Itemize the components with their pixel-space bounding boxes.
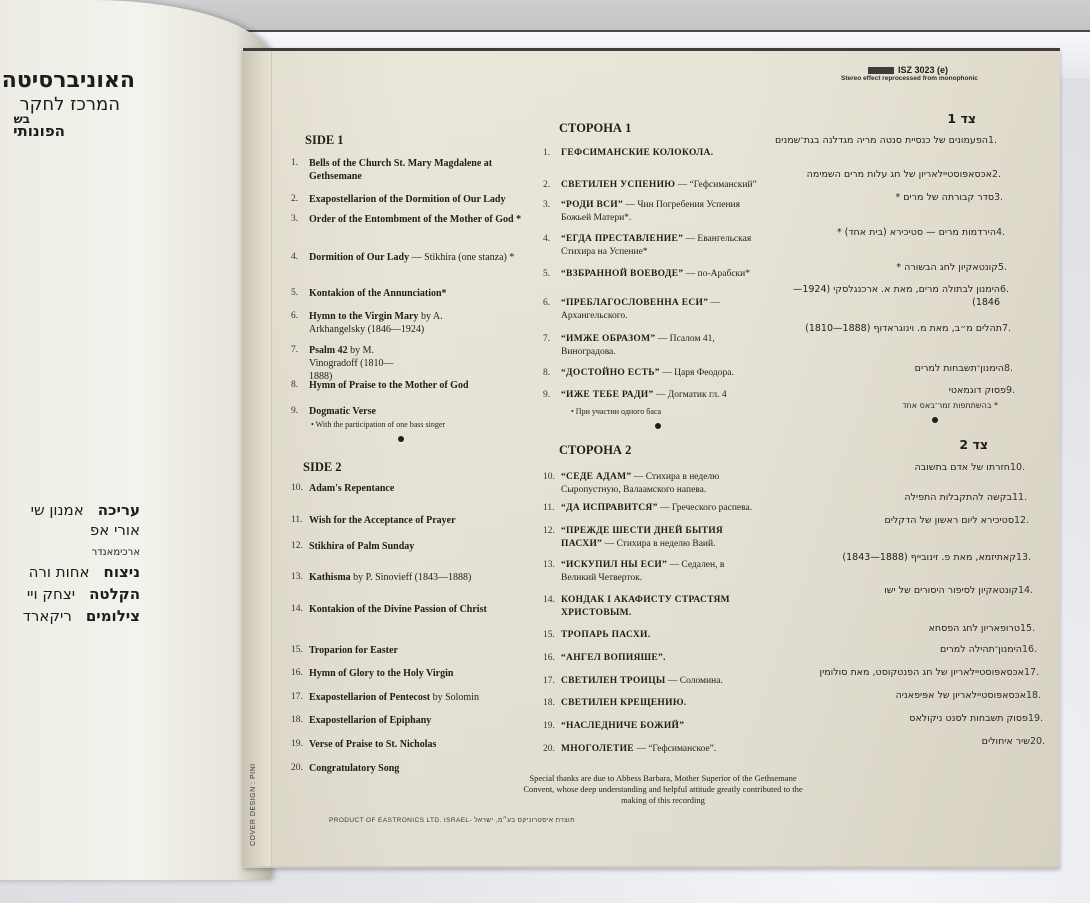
credit-name: ריקארד — [23, 607, 72, 625]
track-row: 13.“ИСКУПИЛ НЫ ЕСИ” — Седален, в Великий… — [543, 559, 761, 585]
track-number: 1. — [543, 147, 561, 160]
track-number: .7 — [1002, 322, 1024, 335]
track-row: 1.ГЕФСИМАНСКИЕ КОЛОКОЛА. — [543, 147, 773, 160]
track-subtitle: — Царя Феодора. — [660, 368, 734, 378]
track-number: 9. — [543, 389, 561, 402]
track-row: .19פסוק תשבחות לסנט ניקולאס — [810, 712, 1050, 725]
track-title: МНОГОЛЕТИЕ — [561, 744, 634, 754]
track-title: Order of the Entombment of the Mother of… — [309, 214, 521, 225]
track-row: 11.“ДА ИСПРАВИТСЯ” — Греческого распева. — [543, 502, 778, 515]
track-title: Stikhira of Palm Sunday — [309, 541, 414, 552]
track-number: 9. — [291, 405, 309, 418]
track-row: .11בקשה להתקבלות התפילה — [814, 491, 1034, 504]
track-title: “АНГЕЛ ВОПИЯШЕ”. — [561, 653, 666, 663]
track-title: “ЕГДА ПРЕСТАВЛЕНИЕ” — [561, 234, 683, 244]
catalog-number: ISZ 3023 (e) — [868, 65, 948, 75]
label-block — [868, 67, 894, 74]
track-row: 7.“ИМЖЕ ОБРАЗОМ” — Псалом 41, Виноградов… — [543, 333, 758, 359]
catalog-number-text: ISZ 3023 (e) — [898, 65, 948, 75]
credit-name: ארכימאנדר — [92, 547, 140, 558]
credit-row: ארכימאנדר — [92, 540, 140, 559]
track-row: 1.Bells of the Church St. Mary Magdalene… — [291, 157, 501, 183]
track-title: אכּסאפּוסטיילאריון של אפּיפאניה — [808, 689, 1026, 702]
track-number: 19. — [543, 720, 561, 733]
track-number: .19 — [1028, 712, 1050, 725]
track-number: 18. — [291, 714, 309, 727]
track-number: 2. — [543, 179, 561, 192]
track-title: “ДА ИСПРАВИТСЯ” — [561, 503, 658, 513]
track-row: .17אכּסאפּוסטיילאריון של חג הפנטקוסט, מא… — [756, 666, 1046, 679]
album-back-cover: COVER DESIGN : PINI ISZ 3023 (e) Stereo … — [243, 48, 1060, 868]
track-number: .8 — [1004, 362, 1026, 375]
track-number: .13 — [1016, 551, 1038, 564]
track-title: בקשה להתקבלות התפילה — [814, 491, 1012, 504]
track-row: .18אכּסאפּוסטיילאריון של אפּיפאניה — [808, 689, 1048, 702]
track-number: .14 — [1018, 584, 1040, 597]
track-title: “ДОСТОЙНО ЕСТЬ” — [561, 368, 660, 378]
track-number: 7. — [543, 333, 561, 359]
left-page-title-line-2: המרכז לחקר — [19, 94, 120, 115]
track-title: Dormition of Our Lady — [309, 252, 409, 263]
track-title: הירדמות מרים — סטיכירא (בית אחד) * — [798, 226, 996, 239]
track-title: אכּסאפּוסטיילאריון של חג עלות מרים השמימ… — [744, 168, 992, 181]
track-row: .6הימנון לבתולה מרים, מאת א. ארכנגלסקי (… — [772, 283, 1022, 309]
track-title: אכּסאפּוסטיילאריון של חג הפנטקוסט, מאת ס… — [756, 666, 1024, 679]
track-title: קאתיזמא, מאת פ. זינובייף (1888—1843) — [788, 551, 1016, 564]
russian-side-1-heading: СТОРОНА 1 — [559, 121, 631, 136]
track-row: 8.Hymn of Praise to the Mother of God — [291, 379, 531, 392]
credit-role: ניצוח — [104, 563, 140, 581]
track-row: 15.Troparion for Easter — [291, 644, 521, 657]
track-title: КОНДАК I АКАФИСТУ СТРАСТЯМ ХРИСТОВЫМ. — [561, 595, 730, 618]
track-number: 10. — [543, 471, 561, 497]
track-number: 12. — [543, 525, 561, 551]
track-title: “ВЗБРАННОЙ ВОЕВОДЕ” — [561, 269, 683, 279]
track-title: СВЕТИЛЕН ТРОИЦЫ — [561, 676, 666, 686]
track-row: .2אכּסאפּוסטיילאריון של חג עלות מרים השמ… — [744, 168, 1014, 181]
track-row: .8הימנון־תשבחות למרים — [806, 362, 1026, 375]
track-number: 8. — [291, 379, 309, 392]
track-number: 10. — [291, 482, 309, 495]
track-number: .3 — [994, 191, 1016, 204]
track-row: 3.Order of the Entombment of the Mother … — [291, 213, 531, 226]
track-row: 16.“АНГЕЛ ВОПИЯШЕ”. — [543, 652, 778, 665]
track-number: 5. — [543, 268, 561, 281]
track-number: .4 — [996, 226, 1018, 239]
left-page-title-line-1: האוניברסיטה — [2, 68, 135, 93]
track-title: Bells of the Church St. Mary Magdalene a… — [309, 158, 492, 182]
track-title: ТРОПАРЬ ПАСХИ. — [561, 630, 650, 640]
track-title: הפעמונים של כנסיית סנטה מריה מגדלנה בגת־… — [760, 134, 988, 147]
track-number: .18 — [1026, 689, 1048, 702]
track-number: .20 — [1030, 735, 1052, 748]
credit-row: אורי אפ — [90, 520, 140, 539]
credit-role: הקלטה — [89, 585, 140, 603]
credit-row: עריכהאמנון שי — [31, 500, 140, 519]
credit-row: הקלטהיצחק ויי — [27, 584, 140, 603]
track-title: תהלים מ״ב, מאת מ. וינוגראדוף (1888—1810) — [734, 322, 1002, 335]
track-row: 4.Dormition of Our Lady — Stikhira (one … — [291, 251, 541, 264]
track-title: Verse of Praise to St. Nicholas — [309, 739, 436, 750]
track-row: .14קונטאקיון לסיפור היסורים של ישו — [790, 584, 1040, 597]
track-row: 20.МНОГОЛЕТИЕ — “Гефсиманское”. — [543, 743, 783, 756]
track-subtitle: — Стихира в неделю Ваий. — [602, 539, 715, 549]
track-row: 5.“ВЗБРАННОЙ ВОЕВОДЕ” — по-Арабски* — [543, 268, 778, 281]
track-title: הימנון לבתולה מרים, מאת א. ארכנגלסקי (19… — [772, 283, 1000, 309]
track-title: Exapostellarion of the Dormition of Our … — [309, 194, 505, 205]
track-row: 14.КОНДАК I АКАФИСТУ СТРАСТЯМ ХРИСТОВЫМ. — [543, 594, 753, 620]
track-title: Exapostellarion of Epiphany — [309, 715, 431, 726]
track-row: 20.Congratulatory Song — [291, 762, 521, 775]
track-row: .7תהלים מ״ב, מאת מ. וינוגראדוף (1888—181… — [734, 322, 1024, 335]
track-title: Hymn to the Virgin Mary — [309, 311, 418, 322]
track-title: “РОДИ ВСИ” — [561, 200, 623, 210]
track-title: Kontakion of the Divine Passion of Chris… — [309, 604, 487, 615]
track-title: ГЕФСИМАНСКИЕ КОЛОКОЛА. — [561, 148, 713, 158]
spine-text: COVER DESIGN : PINI — [250, 763, 257, 846]
credit-row: צילומיםריקארד — [23, 606, 140, 625]
track-title: СВЕТИЛЕН УСПЕНИЮ — [561, 180, 675, 190]
track-title: הימנון־תהילה למרים — [824, 643, 1022, 656]
track-title: “ИСКУПИЛ НЫ ЕСИ” — [561, 560, 667, 570]
track-row: .3סדר קבורתה של מרים * — [816, 191, 1016, 204]
track-number: 6. — [291, 310, 309, 336]
track-title: Kathisma — [309, 572, 351, 583]
track-row: 13.Kathisma by P. Sinovieff (1843—1888) — [291, 571, 531, 584]
special-thanks: Special thanks are due to Abbess Barbara… — [513, 773, 813, 806]
track-number: 6. — [543, 297, 561, 323]
track-number: .17 — [1024, 666, 1046, 679]
track-subtitle: — по-Арабски* — [683, 269, 750, 279]
footnote: • With the participation of one bass sin… — [311, 420, 445, 429]
track-number: .11 — [1012, 491, 1034, 504]
track-row: 9.Dogmatic Verse — [291, 405, 491, 418]
track-row: 5.Kontakion of the Annunciation* — [291, 287, 521, 300]
track-row: .20שיר איחולים — [832, 735, 1052, 748]
track-number: 20. — [291, 762, 309, 775]
bullet-dot — [398, 436, 404, 442]
track-row: 17.СВЕТИЛЕН ТРОИЦЫ — Соломина. — [543, 675, 778, 688]
track-title: “ПРЕБЛАГОСЛОВЕННА ЕСИ” — [561, 298, 708, 308]
track-title: “ИЖЕ ТЕБЕ РАДИ” — [561, 390, 654, 400]
track-number: 3. — [291, 213, 309, 226]
track-number: 5. — [291, 287, 309, 300]
credit-role: צילומים — [86, 607, 140, 625]
track-subtitle: — “Гефсиманское”. — [634, 744, 716, 754]
hebrew-side-2-heading: צד 2 — [959, 437, 988, 452]
track-row: 6.“ПРЕБЛАГОСЛОВЕННА ЕСИ” — Архангельског… — [543, 297, 758, 323]
track-number: 16. — [291, 667, 309, 680]
hebrew-side-1-heading: צד 1 — [947, 111, 976, 126]
credit-name: אחות ורה — [29, 563, 90, 581]
track-number: 3. — [543, 199, 561, 225]
track-row: 12.“ПРЕЖДЕ ШЕСТИ ДНЕЙ БЫТИЯ ПАСХИ” — Сти… — [543, 525, 761, 551]
track-row: 9.“ИЖЕ ТЕБЕ РАДИ” — Догматик гл. 4 — [543, 389, 778, 402]
track-number: 11. — [291, 514, 309, 527]
bullet-dot — [655, 423, 661, 429]
track-row: 12.Stikhira of Palm Sunday — [291, 540, 521, 553]
track-number: 4. — [543, 233, 561, 259]
track-number: 11. — [543, 502, 561, 515]
track-title: Troparion for Easter — [309, 645, 398, 656]
track-title: קונטאקיון לסיפור היסורים של ישו — [790, 584, 1018, 597]
track-subtitle: — “Гефсиманский” — [675, 180, 757, 190]
track-row: 7.Psalm 42 by M. Vinogradoff (1810—1888) — [291, 344, 411, 383]
track-subtitle: — Греческого распева. — [658, 503, 752, 513]
footnote: • При участии одного баса — [571, 407, 661, 416]
track-number: 13. — [543, 559, 561, 585]
cover-spine: COVER DESIGN : PINI — [243, 51, 272, 866]
track-row: 4.“ЕГДА ПРЕСТАВЛЕНИЕ” — Евангельская Сти… — [543, 233, 758, 259]
track-title: קונטאקיון לחג הבשורה * — [800, 261, 998, 274]
track-number: .6 — [1000, 283, 1022, 309]
track-title: Congratulatory Song — [309, 763, 399, 774]
track-row: .10חזרתו של אדם בתשובה — [812, 461, 1032, 474]
track-title: Hymn of Glory to the Holy Virgin — [309, 668, 453, 679]
track-row: 6.Hymn to the Virgin Mary by A. Arkhange… — [291, 310, 466, 336]
track-row: 8.“ДОСТОЙНО ЕСТЬ” — Царя Феодора. — [543, 367, 778, 380]
track-row: 3.“РОДИ ВСИ” — Чин Погребения Успения Бо… — [543, 199, 758, 225]
left-page-title-line-4: הפונותי — [13, 122, 65, 140]
track-title: СВЕТИЛЕН КРЕЩЕНИЮ. — [561, 698, 687, 708]
track-row: 18.СВЕТИЛЕН КРЕЩЕНИЮ. — [543, 697, 778, 710]
track-row: .13קאתיזמא, מאת פ. זינובייף (1888—1843) — [788, 551, 1038, 564]
track-title: “СЕДЕ АДАМ” — [561, 472, 631, 482]
track-number: .12 — [1014, 514, 1036, 527]
credit-name: יצחק ויי — [27, 585, 75, 603]
track-number: .5 — [998, 261, 1020, 274]
track-number: 14. — [543, 594, 561, 620]
track-title: Adam's Repentance — [309, 483, 394, 494]
track-number: 19. — [291, 738, 309, 751]
track-subtitle: by P. Sinovieff (1843—1888) — [351, 572, 472, 583]
track-row: .5קונטאקיון לחג הבשורה * — [800, 261, 1020, 274]
track-title: Dogmatic Verse — [309, 406, 376, 417]
credit-row: ניצוחאחות ורה — [29, 562, 140, 581]
track-title: טרופאריון לחג הפסחא — [822, 622, 1020, 635]
track-number: 1. — [291, 157, 309, 183]
side-2-heading: SIDE 2 — [303, 460, 342, 475]
track-title: חזרתו של אדם בתשובה — [812, 461, 1010, 474]
track-number: 4. — [291, 251, 309, 264]
track-number: 14. — [291, 603, 309, 616]
track-subtitle: — Догматик гл. 4 — [654, 390, 727, 400]
track-row: 10.“СЕДЕ АДАМ” — Стихира в неделю Сыропу… — [543, 471, 761, 497]
track-number: 7. — [291, 344, 309, 383]
track-number: 13. — [291, 571, 309, 584]
track-row: .1הפעמונים של כנסיית סנטה מריה מגדלנה בג… — [760, 134, 1010, 147]
track-number: 8. — [543, 367, 561, 380]
track-title: “ИМЖЕ ОБРАЗОМ” — [561, 334, 655, 344]
credit-name: אורי אפ — [90, 521, 140, 539]
track-row: 15.ТРОПАРЬ ПАСХИ. — [543, 629, 778, 642]
track-number: 18. — [543, 697, 561, 710]
track-row: 17.Exapostellarion of Pentecost by Solom… — [291, 691, 531, 704]
track-number: .15 — [1020, 622, 1042, 635]
track-row: 2.СВЕТИЛЕН УСПЕНИЮ — “Гефсиманский” — [543, 179, 778, 192]
side-1-heading: SIDE 1 — [305, 133, 344, 148]
track-title: Wish for the Acceptance of Prayer — [309, 515, 456, 526]
gatefold-left-page: האוניברסיטה המרכז לחקר בש הפונותי עריכהא… — [0, 0, 270, 880]
track-title: שיר איחולים — [832, 735, 1030, 748]
track-title: סדר קבורתה של מרים * — [816, 191, 994, 204]
track-subtitle: by Solomin — [430, 692, 479, 703]
track-row: 10.Adam's Repentance — [291, 482, 521, 495]
track-number: 16. — [543, 652, 561, 665]
credit-name: אמנון שי — [31, 501, 84, 519]
track-row: .9פסוק דוגמאטי — [808, 384, 1028, 397]
track-row: 16.Hymn of Glory to the Holy Virgin — [291, 667, 521, 680]
track-title: פסוק תשבחות לסנט ניקולאס — [810, 712, 1028, 725]
track-title: Psalm 42 — [309, 345, 348, 356]
track-number: .1 — [988, 134, 1010, 147]
track-row: 14.Kontakion of the Divine Passion of Ch… — [291, 603, 531, 616]
track-number: .16 — [1022, 643, 1044, 656]
track-subtitle: — Соломина. — [666, 676, 723, 686]
track-number: .2 — [992, 168, 1014, 181]
track-row: .4הירדמות מרים — סטיכירא (בית אחד) * — [798, 226, 1018, 239]
track-title: Exapostellarion of Pentecost — [309, 692, 430, 703]
track-number: 17. — [543, 675, 561, 688]
track-number: 2. — [291, 193, 309, 206]
track-number: 15. — [291, 644, 309, 657]
track-number: 17. — [291, 691, 309, 704]
footnote: * בהשתתפות זמר־באס אחד — [902, 401, 998, 410]
track-row: 2.Exapostellarion of the Dormition of Ou… — [291, 193, 521, 206]
track-number: 12. — [291, 540, 309, 553]
track-row: .12סטיכירא ליום ראשון של הדקלים — [816, 514, 1036, 527]
track-row: 18.Exapostellarion of Epiphany — [291, 714, 521, 727]
track-number: .10 — [1010, 461, 1032, 474]
russian-side-2-heading: СТОРОНА 2 — [559, 443, 631, 458]
track-number: .9 — [1006, 384, 1028, 397]
track-title: Kontakion of the Annunciation* — [309, 288, 447, 299]
track-title: הימנון־תשבחות למרים — [806, 362, 1004, 375]
credit-role: עריכה — [98, 501, 140, 519]
product-line: PRODUCT OF EASTRONICS LTD. ISRAEL- תוצרת… — [329, 817, 575, 824]
track-row: 19.“НАСЛЕДНИЧЕ БОЖИЙ” — [543, 720, 778, 733]
bullet-dot — [932, 417, 938, 423]
track-title: “НАСЛЕДНИЧЕ БОЖИЙ” — [561, 721, 684, 731]
track-row: .15טרופאריון לחג הפסחא — [822, 622, 1042, 635]
track-title: פסוק דוגמאטי — [808, 384, 1006, 397]
track-row: 19.Verse of Praise to St. Nicholas — [291, 738, 521, 751]
stereo-note: Stereo effect reprocessed from monophoni… — [841, 75, 978, 82]
track-number: 20. — [543, 743, 561, 756]
track-subtitle: — Stikhira (one stanza) * — [409, 252, 514, 263]
track-title: סטיכירא ליום ראשון של הדקלים — [816, 514, 1014, 527]
track-row: 11.Wish for the Acceptance of Prayer — [291, 514, 521, 527]
track-number: 15. — [543, 629, 561, 642]
track-row: .16הימנון־תהילה למרים — [824, 643, 1044, 656]
track-title: Hymn of Praise to the Mother of God — [309, 380, 469, 391]
